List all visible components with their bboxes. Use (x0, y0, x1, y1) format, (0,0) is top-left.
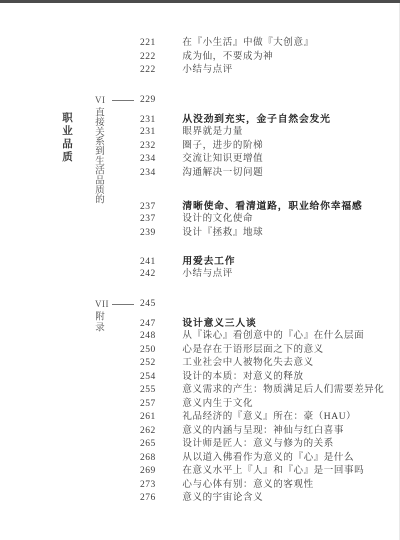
toc-entry: 252 工业社会中人被物化失去意义 (0, 357, 400, 371)
entry-title: 设计意义三人谈 (182, 318, 256, 329)
page-number: 237 (140, 201, 180, 215)
entry-title: 在『小生活』中做『大创意』 (182, 38, 313, 48)
entry-title: 眼界就是力量 (182, 127, 243, 137)
page-number: 222 (140, 51, 180, 65)
toc-entry: 269 在意义水平上『人』和『心』是一回事吗 (0, 465, 400, 479)
page-number: 231 (140, 114, 180, 128)
page-number: 231 (140, 126, 180, 140)
page-number: 222 (140, 64, 180, 78)
section-vi-numeral: VI (95, 94, 106, 108)
toc-entry: 250 心是存在于语形层面之下的意义 (0, 344, 400, 358)
page-number: 257 (140, 398, 180, 412)
page-number: 273 (140, 479, 180, 493)
section-vii-header: VII 245 (0, 298, 400, 312)
entry-title: 交流让知识更增值 (182, 154, 263, 164)
toc-entry: 273 心与心体有别：意义的客观性 (0, 479, 400, 493)
toc-entry: 242 小结与点评 (0, 268, 400, 282)
entry-title: 心是存在于语形层面之下的意义 (182, 345, 323, 355)
page-number: 241 (140, 256, 180, 270)
toc-entry: 262 意义的内涵与呈现：神仙与红白喜事 (0, 425, 400, 439)
entry-title: 意义需求的产生：物质满足后人们需要差异化 (182, 385, 384, 395)
toc-entry: 222 小结与点评 (0, 64, 400, 78)
toc-entry: 239 设计『拯救』地球 (0, 227, 400, 241)
page-number: 242 (140, 268, 180, 282)
page-number: 237 (140, 213, 180, 227)
page-number: 268 (140, 452, 180, 466)
page-number: 269 (140, 465, 180, 479)
page-number: 232 (140, 140, 180, 154)
entry-title: 小结与点评 (182, 65, 233, 75)
entry-title: 意义内生于文化 (182, 399, 253, 409)
toc-entry: 222 成为仙，不要成为神 (0, 51, 400, 65)
toc-entry: 231 眼界就是力量 (0, 126, 400, 140)
toc-entry: 221 在『小生活』中做『大创意』 (0, 37, 400, 51)
page-number: 234 (140, 153, 180, 167)
toc-entry: 261 礼品经济的『意义』所在：豪（HAU） (0, 411, 400, 425)
toc-entry: 276 意义的宇宙论含义 (0, 492, 400, 506)
section-vi-header: VI 229 (0, 94, 400, 108)
entry-title: 工业社会中人被物化失去意义 (182, 358, 313, 368)
entry-title: 从以道入佛看作为意义的『心』是什么 (182, 453, 354, 463)
page-number: 234 (140, 167, 180, 181)
entry-title: 清晰使命、看清道路，职业给你幸福感 (182, 201, 362, 212)
page-number: 221 (140, 37, 180, 51)
toc-entry: 265 设计师是匠人：意义与修为的关系 (0, 438, 400, 452)
page-number: 261 (140, 411, 180, 425)
toc-entry: 234 沟通解决一切问题 (0, 167, 400, 181)
entry-title: 在意义水平上『人』和『心』是一回事吗 (182, 466, 364, 476)
entry-title: 心与心体有别：意义的客观性 (182, 480, 313, 490)
page-number: 239 (140, 227, 180, 241)
section-divider-line (112, 304, 134, 305)
entry-title: 沟通解决一切问题 (182, 168, 263, 178)
entry-title: 成为仙，不要成为神 (182, 52, 273, 62)
entry-title: 从没劲到充实，金子自然会发光 (182, 114, 330, 125)
toc-entry: 234 交流让知识更增值 (0, 153, 400, 167)
table-of-contents: 221 在『小生活』中做『大创意』 222 成为仙，不要成为神 222 小结与点… (0, 0, 400, 506)
entry-title: 设计的本质：对意义的释放 (182, 372, 303, 382)
toc-entry: 255 意义需求的产生：物质满足后人们需要差异化 (0, 384, 400, 398)
toc-entry: 257 意义内生于文化 (0, 398, 400, 412)
page-number: 247 (140, 318, 180, 332)
toc-entry: 237 清晰使命、看清道路，职业给你幸福感 (0, 200, 400, 214)
toc-entry: 232 圈子，进步的阶梯 (0, 140, 400, 154)
entry-title: 小结与点评 (182, 269, 233, 279)
page-number: 248 (140, 330, 180, 344)
section-divider-line (112, 100, 134, 101)
entry-title: 设计师是匠人：意义与修为的关系 (182, 439, 334, 449)
page-number: 254 (140, 371, 180, 385)
toc-entry: 268 从以道入佛看作为意义的『心』是什么 (0, 452, 400, 466)
page-number: 250 (140, 344, 180, 358)
toc-entry: 254 设计的本质：对意义的释放 (0, 371, 400, 385)
entry-title: 礼品经济的『意义』所在：豪（HAU） (182, 412, 356, 422)
toc-entry: 241 用爱去工作 (0, 255, 400, 269)
page-number: 265 (140, 438, 180, 452)
entry-title: 设计的文化使命 (182, 214, 253, 224)
toc-entry: 247 设计意义三人谈 (0, 317, 400, 331)
entry-title: 从『诛心』看创意中的『心』在什么层面 (182, 331, 364, 341)
section-start-page: 245 (140, 298, 180, 312)
entry-title: 设计『拯救』地球 (182, 228, 263, 238)
toc-entry: 237 设计的文化使命 (0, 213, 400, 227)
page-number: 255 (140, 384, 180, 398)
entry-title: 用爱去工作 (182, 256, 235, 267)
section-vii-numeral: VII (95, 298, 109, 312)
entry-title: 意义的内涵与呈现：神仙与红白喜事 (182, 426, 344, 436)
page-number: 252 (140, 357, 180, 371)
page-number: 262 (140, 425, 180, 439)
entry-title: 意义的宇宙论含义 (182, 493, 263, 503)
toc-entry: 248 从『诛心』看创意中的『心』在什么层面 (0, 330, 400, 344)
page-number: 276 (140, 492, 180, 506)
toc-entry: 231 从没劲到充实，金子自然会发光 (0, 113, 400, 127)
section-start-page: 229 (140, 94, 180, 108)
entry-title: 圈子，进步的阶梯 (182, 141, 263, 151)
